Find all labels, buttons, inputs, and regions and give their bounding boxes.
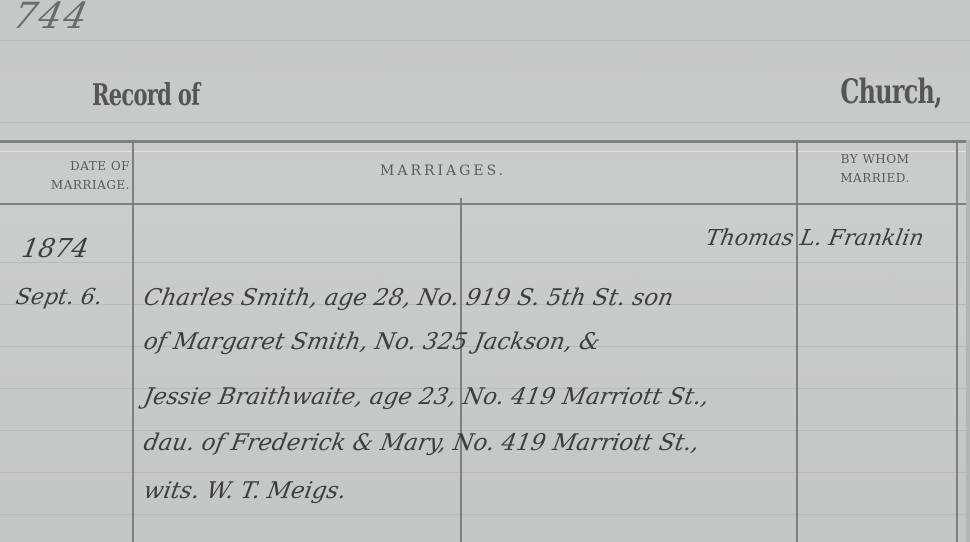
column-divider-by-whom: [796, 142, 798, 542]
ruled-line: [0, 472, 970, 473]
table-top-border: [0, 140, 970, 143]
entry-line-1: Charles Smith, age 28, No. 919 S. 5th St…: [142, 285, 676, 311]
entry-line-2: of Margaret Smith, No. 325 Jackson, &: [142, 329, 602, 355]
ruled-line: [0, 40, 970, 41]
header-date-line1: DATE OF: [20, 157, 130, 176]
header-by-whom-line1: BY WHOM: [800, 150, 950, 169]
entry-year: 1874: [19, 234, 90, 264]
entry-line-5: wits. W. T. Meigs.: [142, 478, 348, 504]
column-divider-right: [956, 142, 958, 542]
header-bottom-border: [0, 203, 970, 205]
ledger-page: 744 Record of Church, DATE OF MARRIAGE. …: [0, 0, 970, 542]
column-divider-date: [132, 142, 134, 542]
entry-date: Sept. 6.: [14, 285, 104, 310]
page-number: 744: [10, 0, 93, 37]
entry-officiant: Thomas L. Franklin: [704, 226, 926, 251]
entry-line-4: dau. of Frederick & Mary, No. 419 Marrio…: [142, 430, 701, 456]
header-date-line2: MARRIAGE.: [20, 176, 130, 195]
header-by-whom-line2: MARRIED.: [800, 169, 950, 188]
header-by-whom-married: BY WHOM MARRIED.: [800, 150, 950, 188]
header-date-of-marriage: DATE OF MARRIAGE.: [20, 157, 130, 195]
title-church: Church,: [841, 72, 942, 112]
title-record-of: Record of: [92, 78, 199, 113]
header-marriages: MARRIAGES.: [380, 163, 506, 179]
column-divider-marriages-mid: [460, 198, 462, 542]
ruled-line: [0, 262, 970, 263]
entry-line-3: Jessie Braithwaite, age 23, No. 419 Marr…: [142, 384, 711, 410]
ruled-line: [0, 122, 970, 123]
ruled-line: [0, 514, 970, 515]
page-edge: [966, 140, 970, 542]
